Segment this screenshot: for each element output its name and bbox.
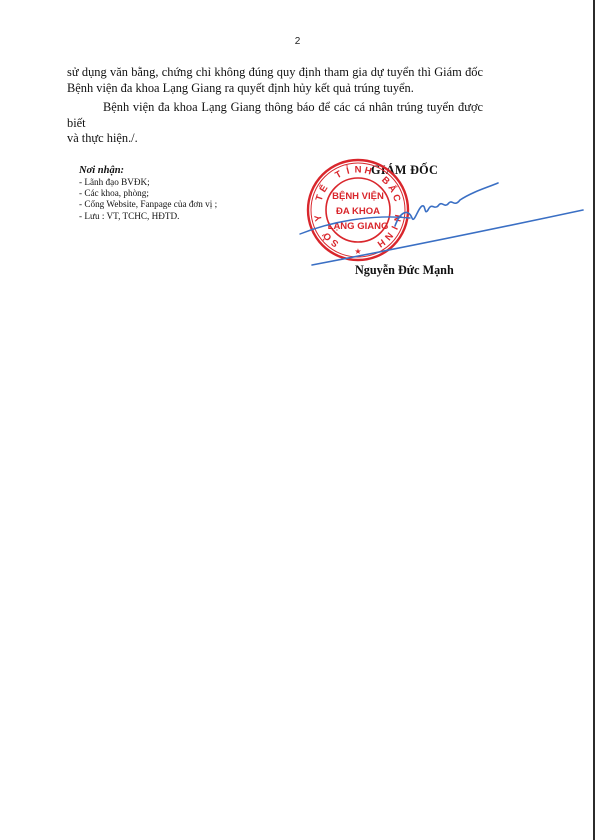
- recipients-title: Nơi nhận:: [79, 165, 217, 177]
- svg-text:BỆNH VIỆN: BỆNH VIỆN: [332, 190, 384, 202]
- recipient-item: - Lưu : VT, TCHC, HĐTD.: [79, 211, 217, 222]
- paragraph-line: và thực hiện./.: [67, 131, 483, 147]
- svg-text:T: T: [314, 193, 326, 202]
- svg-text:C: C: [390, 193, 403, 203]
- paragraph-notice: Bệnh viện đa khoa Lạng Giang thông báo đ…: [67, 100, 483, 147]
- recipients-block: Nơi nhận: - Lãnh đạo BVĐK; - Các khoa, p…: [79, 165, 217, 222]
- svg-text:★: ★: [354, 247, 361, 256]
- svg-text:ĐA KHOA: ĐA KHOA: [336, 206, 380, 217]
- svg-text:T: T: [333, 169, 344, 182]
- svg-text:Ỉ: Ỉ: [345, 165, 351, 177]
- svg-text:N: N: [355, 165, 362, 176]
- official-stamp-and-signature: BỆNH VIỆN ĐA KHOA LẠNG GIANG ★ SỞ Y TẾ T…: [300, 152, 595, 277]
- paragraph-line: Bệnh viện đa khoa Lạng Giang thông báo đ…: [67, 100, 483, 131]
- recipient-item: - Các khoa, phòng;: [79, 188, 217, 199]
- recipient-item: - Lãnh đạo BVĐK;: [79, 177, 217, 188]
- paragraph-revocation: sử dụng văn bằng, chứng chỉ không đúng q…: [67, 65, 483, 96]
- svg-text:H: H: [375, 236, 387, 249]
- svg-text:H: H: [363, 165, 373, 177]
- stamp-icon: BỆNH VIỆN ĐA KHOA LẠNG GIANG ★ SỞ Y TẾ T…: [308, 160, 408, 260]
- svg-text:Ắ: Ắ: [385, 183, 398, 195]
- paragraph-line: sử dụng văn bằng, chứng chỉ không đúng q…: [67, 65, 483, 81]
- recipient-item: - Cổng Website, Fanpage của đơn vị ;: [79, 199, 217, 210]
- paragraph-line: Bệnh viện đa khoa Lạng Giang ra quyết đị…: [67, 81, 483, 97]
- svg-text:I: I: [388, 224, 399, 231]
- svg-text:Ế: Ế: [318, 183, 331, 194]
- page-number: 2: [0, 36, 595, 47]
- svg-text:Y: Y: [313, 213, 325, 222]
